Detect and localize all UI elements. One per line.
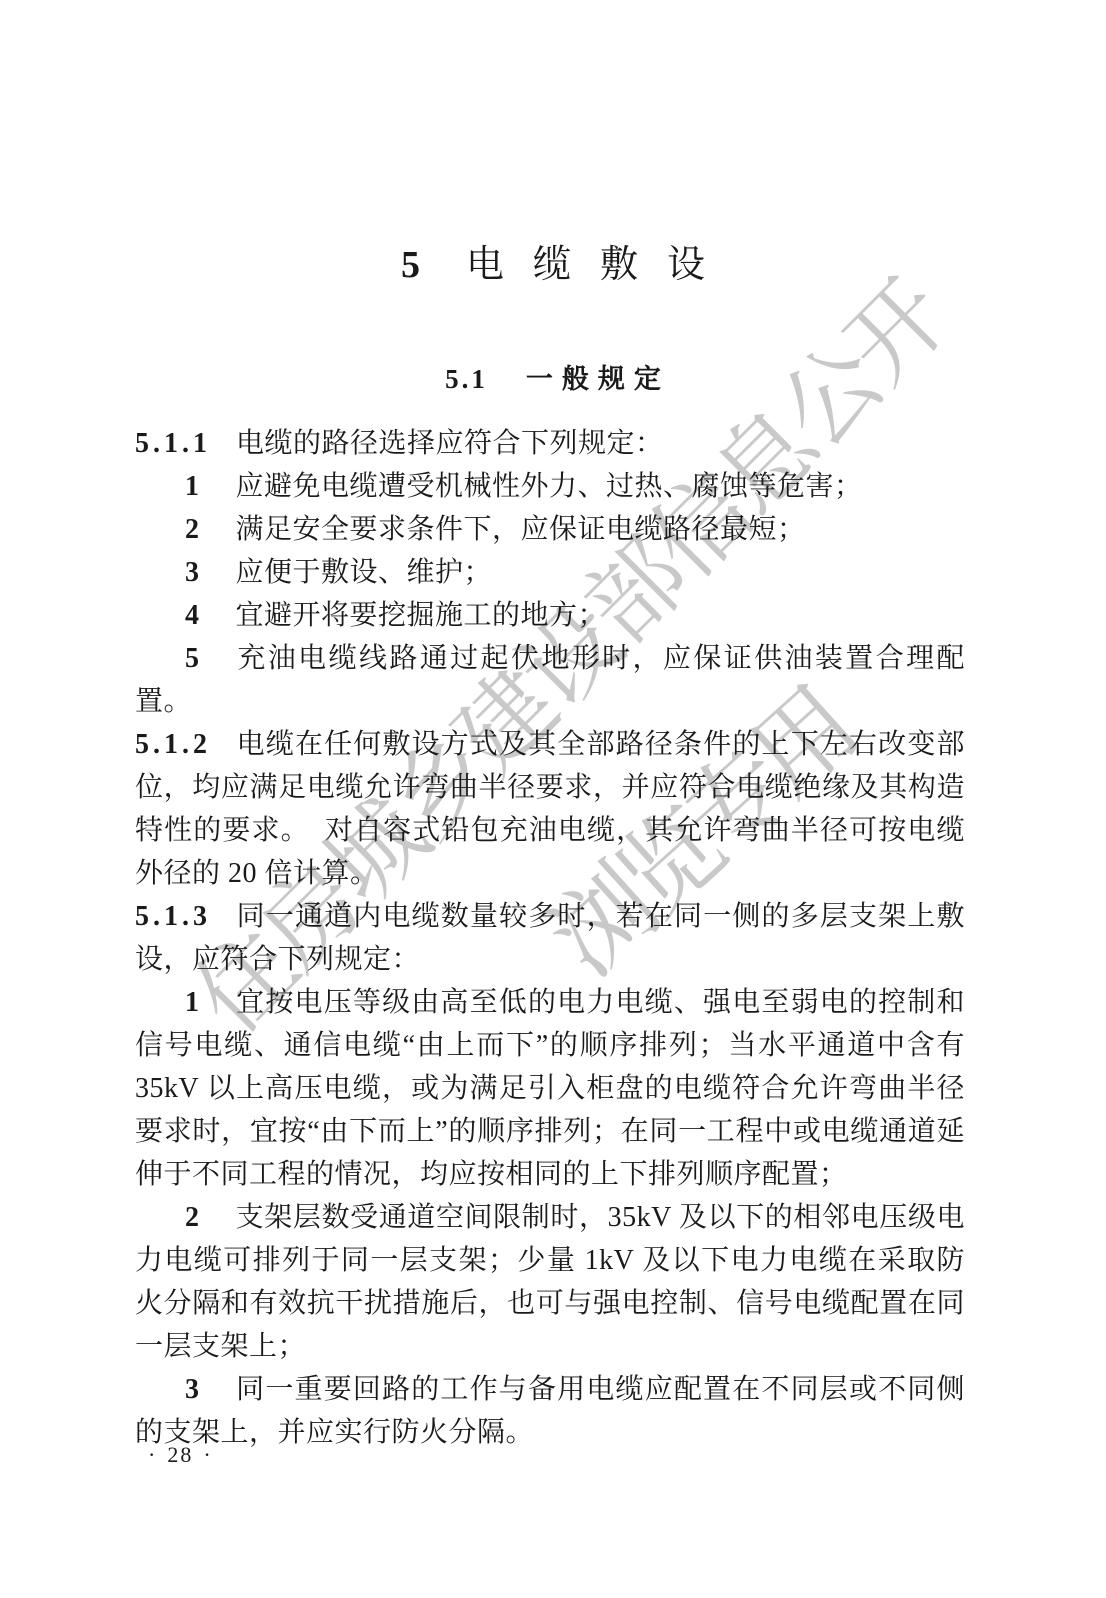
- clause-text: 同一通道内电缆数量较多时，若在同一侧的多层支架上敷设，应符合下列规定：: [135, 901, 965, 975]
- chapter-title-text: 电缆敷设: [466, 244, 734, 286]
- item-text: 支架层数受通道空间限制时，35kV 及以下的相邻电压级电力电缆可排列于同一层支架…: [135, 1202, 965, 1362]
- item-text: 应便于敷设、维护；: [236, 557, 493, 588]
- item-number: 1: [185, 987, 200, 1018]
- item-text: 应避免电缆遭受机械性外力、过热、腐蚀等危害；: [236, 471, 863, 502]
- footer-dot-left: ·: [148, 1442, 157, 1467]
- item-text: 满足安全要求条件下，应保证电缆路径最短；: [236, 514, 806, 545]
- body-text: 5.1.1电缆的路径选择应符合下列规定： 1应避免电缆遭受机械性外力、过热、腐蚀…: [135, 422, 965, 1454]
- section-title-text: 一般规定: [526, 364, 670, 394]
- clause-text: 电缆在任何敷设方式及其全部路径条件的上下左右改变部位，均应满足电缆允许弯曲半径要…: [135, 729, 965, 889]
- clause-5-1-2: 5.1.2电缆在任何敷设方式及其全部路径条件的上下左右改变部位，均应满足电缆允许…: [135, 723, 965, 895]
- item-number: 1: [185, 471, 200, 502]
- item-text: 宜避开将要挖掘施工的地方；: [236, 600, 607, 631]
- item-text: 同一重要回路的工作与备用电缆应配置在不同层或不同侧的支架上，并应实行防火分隔。: [135, 1374, 965, 1448]
- item-text: 充油电缆线路通过起伏地形时，应保证供油装置合理配置。: [135, 643, 965, 717]
- page-number: 28: [167, 1442, 193, 1467]
- list-item-1b: 1宜按电压等级由高至低的电力电缆、强电至弱电的控制和信号电缆、通信电缆“由上而下…: [135, 981, 965, 1196]
- list-item-1: 1应避免电缆遭受机械性外力、过热、腐蚀等危害；: [135, 465, 965, 508]
- clause-text: 电缆的路径选择应符合下列规定：: [236, 428, 664, 459]
- page-content: 5电缆敷设 5.1一般规定 5.1.1电缆的路径选择应符合下列规定： 1应避免电…: [0, 0, 1106, 1598]
- list-item-4: 4宜避开将要挖掘施工的地方；: [135, 594, 965, 637]
- clause-number: 5.1.1: [135, 428, 211, 459]
- item-number: 5: [185, 643, 200, 674]
- chapter-number: 5: [401, 244, 420, 286]
- section-number: 5.1: [445, 364, 488, 394]
- item-number: 2: [185, 514, 200, 545]
- footer-dot-right: ·: [203, 1442, 212, 1467]
- list-item-5: 5充油电缆线路通过起伏地形时，应保证供油装置合理配置。: [135, 637, 965, 723]
- clause-number: 5.1.2: [135, 729, 211, 760]
- item-number: 2: [185, 1202, 200, 1233]
- item-text: 宜按电压等级由高至低的电力电缆、强电至弱电的控制和信号电缆、通信电缆“由上而下”…: [135, 987, 965, 1190]
- list-item-3b: 3同一重要回路的工作与备用电缆应配置在不同层或不同侧的支架上，并应实行防火分隔。: [135, 1368, 965, 1454]
- item-number: 3: [185, 557, 200, 588]
- list-item-2b: 2支架层数受通道空间限制时，35kV 及以下的相邻电压级电力电缆可排列于同一层支…: [135, 1196, 965, 1368]
- chapter-title: 5电缆敷设: [0, 243, 1106, 287]
- page-footer: ·28·: [148, 1442, 213, 1468]
- list-item-2: 2满足安全要求条件下，应保证电缆路径最短；: [135, 508, 965, 551]
- section-title: 5.1一般规定: [0, 360, 1106, 398]
- list-item-3: 3应便于敷设、维护；: [135, 551, 965, 594]
- item-number: 4: [185, 600, 200, 631]
- clause-number: 5.1.3: [135, 901, 211, 932]
- clause-5-1-1: 5.1.1电缆的路径选择应符合下列规定：: [135, 422, 965, 465]
- item-number: 3: [185, 1374, 200, 1405]
- clause-5-1-3: 5.1.3同一通道内电缆数量较多时，若在同一侧的多层支架上敷设，应符合下列规定：: [135, 895, 965, 981]
- document-page: 住房城乡建设部信息公开 浏览专用 5电缆敷设 5.1一般规定 5.1.1电缆的路…: [0, 0, 1106, 1598]
